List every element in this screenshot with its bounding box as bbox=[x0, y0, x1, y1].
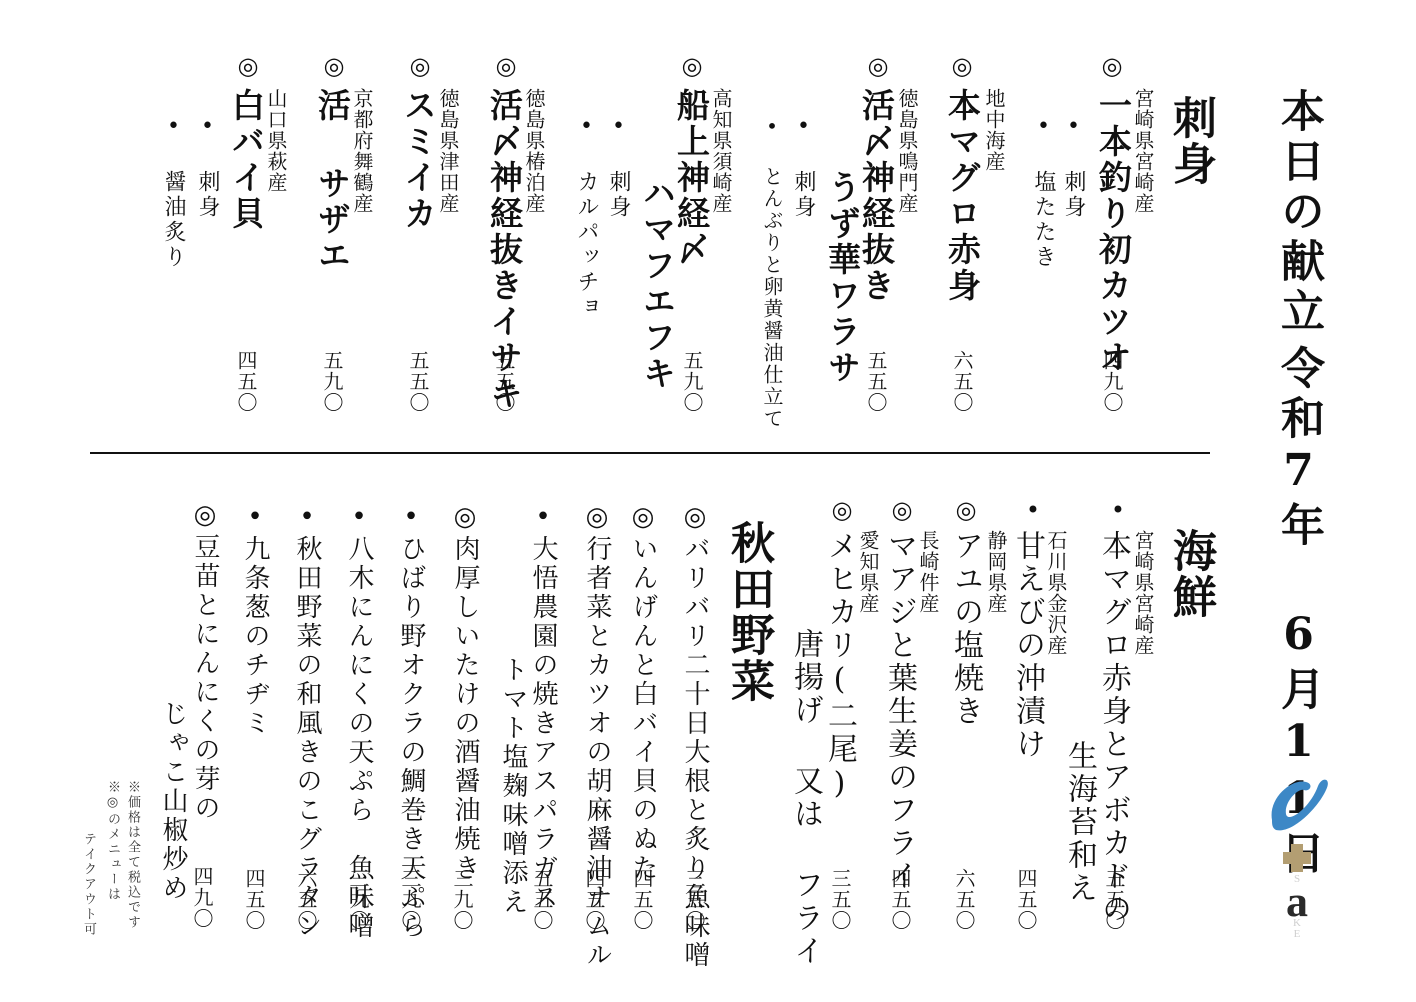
item-price: 六五〇 bbox=[952, 350, 972, 413]
item-option: • 塩たたき bbox=[1032, 114, 1054, 270]
item-price: 五五〇 bbox=[866, 350, 886, 413]
mark-icon: ◎ bbox=[408, 52, 432, 80]
item-price: 三五〇 bbox=[684, 868, 704, 931]
item-origin: 徳島県椿泊産 bbox=[524, 88, 544, 214]
veg-item: •九条葱のチヂミ bbox=[242, 502, 268, 738]
section-divider bbox=[90, 452, 1210, 454]
item-origin: 地中海産 bbox=[984, 88, 1004, 172]
item-name: スミイカ bbox=[402, 88, 435, 232]
item-name: いんげんと白バイ貝のぬた bbox=[628, 535, 658, 883]
mark-icon: ◎ bbox=[494, 52, 518, 80]
mark-icon: ◎ bbox=[680, 52, 704, 80]
item-price: 六五〇 bbox=[296, 868, 316, 931]
item-price: 四九〇 bbox=[1102, 350, 1122, 413]
mark-icon: ◎ bbox=[950, 52, 974, 80]
mark-icon: • bbox=[396, 502, 426, 535]
item-price: 六五〇 bbox=[954, 868, 974, 931]
item-name-line2: じゃこ山椒炒め bbox=[160, 700, 186, 903]
item-option: • とんぶりと卵黄醤油仕立て bbox=[762, 114, 782, 430]
item-name: 白バイ貝 bbox=[230, 88, 263, 232]
item-price: 五五〇 bbox=[1104, 868, 1124, 931]
item-name: 活 サザエ bbox=[316, 88, 349, 274]
item-price: 五五〇 bbox=[494, 350, 514, 413]
section-title-sashimi: 刺身 bbox=[1168, 95, 1212, 187]
item-origin: 徳島県鳴門産 bbox=[897, 88, 917, 214]
item-name: 肉厚しいたけの酒醤油焼き bbox=[450, 535, 480, 883]
section-title-akita-yasai: 秋田野菜 bbox=[726, 520, 770, 704]
item-option: • カルパッチョ bbox=[575, 114, 597, 320]
note-tax: ※価格は全て税込です bbox=[126, 780, 139, 930]
mark-icon: ◎ bbox=[582, 502, 612, 535]
item-name-line2: トマト塩麹味噌添え bbox=[500, 656, 526, 917]
mark-icon: ◎ bbox=[1100, 52, 1124, 80]
mark-icon: • bbox=[1106, 496, 1130, 524]
shop-logo: S a K E bbox=[1262, 768, 1332, 938]
item-price: 四五〇 bbox=[1016, 868, 1036, 931]
mark-icon: ◎ bbox=[830, 496, 854, 524]
item-origin: 長崎件産 bbox=[918, 530, 938, 614]
svg-text:E: E bbox=[1294, 928, 1301, 938]
item-price: 三九〇 bbox=[452, 868, 472, 931]
item-origin: 徳島県津田産 bbox=[438, 88, 458, 214]
item-price: 五五〇 bbox=[532, 868, 552, 931]
item-name: 豆苗とにんにくの芽の bbox=[190, 533, 220, 823]
item-price: 四五〇 bbox=[584, 868, 604, 931]
item-origin: 宮崎県宮崎産 bbox=[1133, 88, 1153, 214]
mark-icon: ◎ bbox=[450, 502, 480, 535]
item-name: 船上神経〆 bbox=[675, 88, 708, 268]
item-name: 本マグロ赤身 bbox=[946, 88, 979, 304]
section-title-kaisen: 海鮮 bbox=[1168, 528, 1212, 620]
mark-icon: ◎ bbox=[236, 52, 260, 80]
item-option: • 刺身 bbox=[792, 114, 814, 220]
logo-mi-icon: S a K E bbox=[1262, 768, 1332, 938]
item-price: 五九〇 bbox=[322, 350, 342, 413]
mark-icon: • bbox=[528, 502, 558, 535]
item-price: 三九〇 bbox=[348, 868, 368, 931]
item-name: 活〆神経抜き bbox=[860, 88, 893, 304]
page-title: 本日の献立 bbox=[1276, 88, 1320, 338]
item-option: • 刺身 bbox=[1062, 114, 1084, 220]
mark-icon: • bbox=[1021, 496, 1045, 524]
item-origin: 愛知県産 bbox=[858, 530, 878, 614]
item-origin: 高知県須崎産 bbox=[711, 88, 731, 214]
veg-item: ◎肉厚しいたけの酒醤油焼き bbox=[452, 502, 478, 883]
item-name: メヒカリ(二尾) bbox=[824, 530, 854, 804]
item-price: 三五〇 bbox=[830, 868, 850, 931]
veg-item: •大悟農園の焼きアスパラガス bbox=[530, 502, 556, 912]
item-price: 四五〇 bbox=[236, 350, 256, 413]
item-name: アユの塩焼き bbox=[950, 530, 980, 728]
item-price: 四五〇 bbox=[632, 868, 652, 931]
mark-icon: • bbox=[344, 502, 374, 535]
item-name: 九条葱のチヂミ bbox=[240, 535, 270, 738]
item-price: 五五〇 bbox=[408, 350, 428, 413]
item-price: 三九〇 bbox=[400, 868, 420, 931]
item-name: 一本釣り初カツオ bbox=[1097, 88, 1130, 376]
item-price: 五九〇 bbox=[682, 350, 702, 413]
item-name: 甘えびの沖漬け bbox=[1012, 530, 1042, 761]
item-option: • 醤油炙り bbox=[162, 114, 184, 270]
note-takeout: ※◎のメニューは bbox=[106, 780, 119, 902]
mark-icon: • bbox=[292, 502, 322, 535]
mark-icon: ◎ bbox=[866, 52, 890, 80]
item-origin: 山口県萩産 bbox=[266, 88, 286, 193]
mark-icon: ◎ bbox=[954, 496, 978, 524]
mark-icon: ◎ bbox=[890, 496, 914, 524]
item-origin: 宮崎県宮崎産 bbox=[1133, 530, 1153, 656]
item-name-line2: うず華ワラサ bbox=[826, 170, 859, 386]
item-name-line2: 唐揚げ 又は フライ bbox=[790, 628, 820, 968]
mark-icon: • bbox=[240, 502, 270, 535]
mark-icon: ◎ bbox=[190, 500, 220, 533]
item-option: • 刺身 bbox=[607, 114, 629, 220]
note-takeout-cont: テイクアウト可 bbox=[82, 832, 95, 937]
item-origin: 石川県金沢産 bbox=[1046, 530, 1066, 656]
item-name-line2: ハマフエフキ bbox=[641, 176, 674, 392]
item-price: 四五〇 bbox=[890, 868, 910, 931]
veg-item: ◎いんげんと白バイ貝のぬた bbox=[630, 502, 656, 883]
veg-item: ◎豆苗とにんにくの芽の bbox=[192, 500, 218, 823]
item-name: マアジと葉生姜のフライ bbox=[884, 530, 914, 893]
mark-icon: ◎ bbox=[628, 502, 658, 535]
item-price: 四九〇 bbox=[192, 866, 212, 929]
item-origin: 静岡県産 bbox=[986, 530, 1006, 614]
item-origin: 京都府舞鶴産 bbox=[352, 88, 372, 214]
item-name: 本マグロ赤身とアボカドの bbox=[1098, 530, 1128, 926]
mark-icon: ◎ bbox=[322, 52, 346, 80]
item-name-line2: 生海苔和え bbox=[1064, 740, 1094, 905]
item-name: 大悟農園の焼きアスパラガス bbox=[528, 535, 558, 912]
item-price: 四五〇 bbox=[244, 868, 264, 931]
item-option: • 刺身 bbox=[196, 114, 218, 220]
mark-icon: ◎ bbox=[680, 502, 710, 535]
